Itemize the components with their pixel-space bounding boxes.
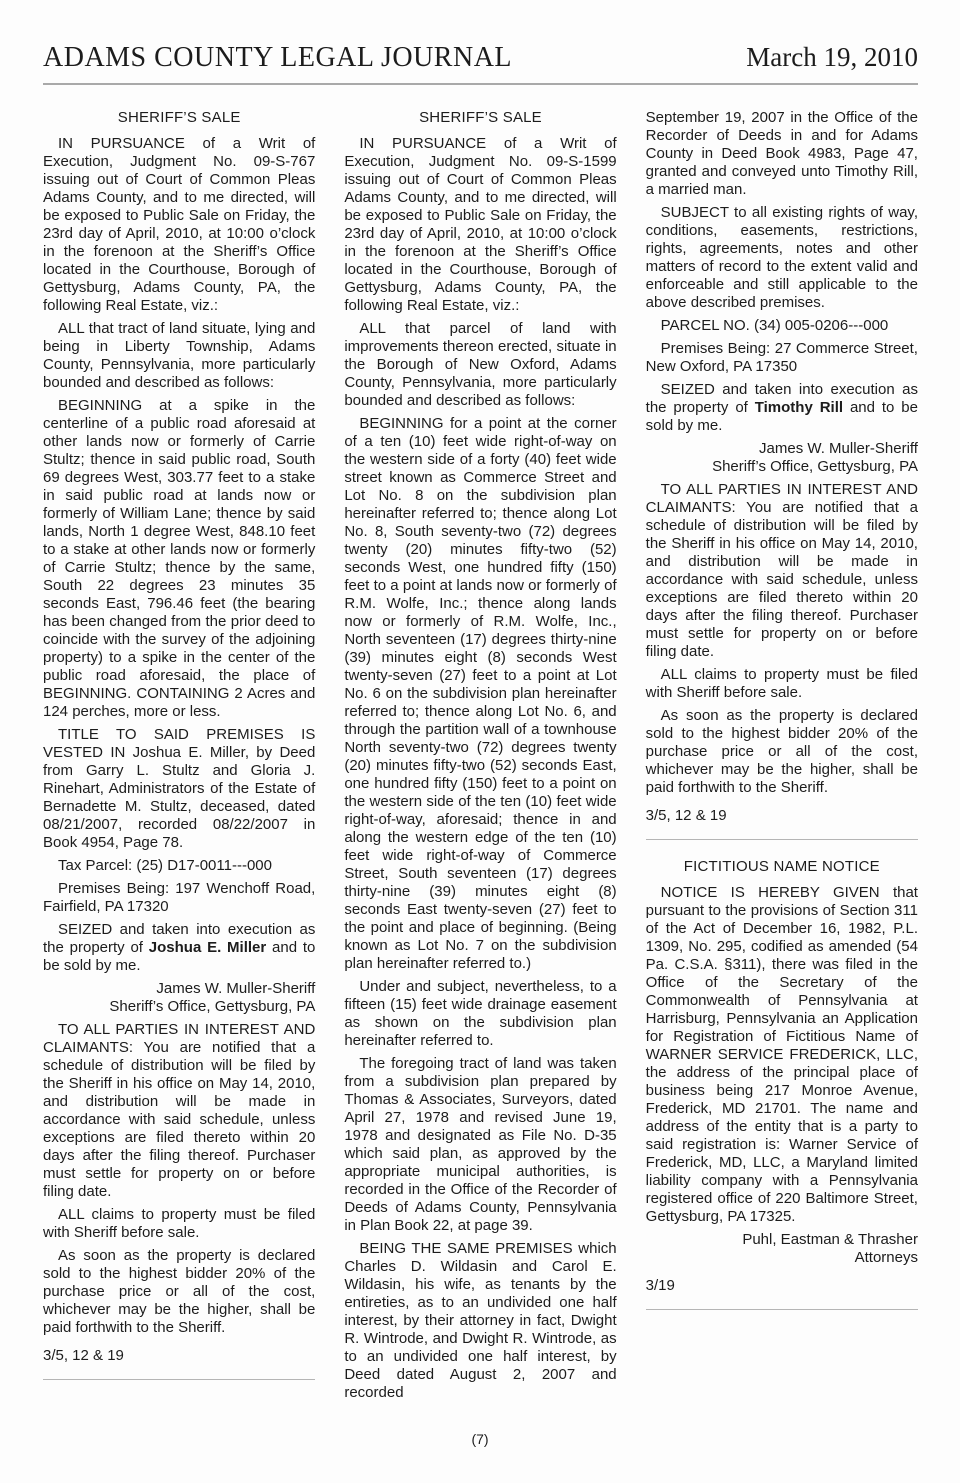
paragraph: TO ALL PARTIES IN INTEREST AND CLAIMANTS… bbox=[43, 1021, 315, 1201]
page-number: (7) bbox=[471, 1431, 488, 1447]
attorney-firm: Puhl, Eastman & Thrasher bbox=[646, 1231, 918, 1249]
sheriff-office: Sheriff’s Office, Gettysburg, PA bbox=[43, 998, 315, 1016]
paragraph: As soon as the property is declared sold… bbox=[43, 1247, 315, 1337]
column-1: SHERIFF’S SALE IN PURSUANCE of a Writ of… bbox=[43, 109, 315, 1407]
attorney-label: Attorneys bbox=[646, 1249, 918, 1267]
paragraph: SUBJECT to all existing rights of way, c… bbox=[646, 204, 918, 312]
page-footer: (7) bbox=[0, 1431, 960, 1447]
sheriffs-sale-heading-1: SHERIFF’S SALE bbox=[43, 109, 315, 127]
defendant-name: Timothy Rill bbox=[755, 399, 843, 416]
paragraph: BEGINNING for a point at the corner of a… bbox=[344, 415, 616, 973]
section-divider bbox=[646, 839, 918, 840]
section-divider bbox=[646, 1309, 918, 1310]
publication-date: 3/19 bbox=[646, 1277, 918, 1295]
seized-paragraph: SEIZED and taken into execution as the p… bbox=[646, 381, 918, 435]
content-columns: SHERIFF’S SALE IN PURSUANCE of a Writ of… bbox=[43, 109, 918, 1407]
header-divider bbox=[43, 83, 918, 85]
defendant-name: Joshua E. Miller bbox=[149, 939, 266, 956]
continuation-paragraph: September 19, 2007 in the Office of the … bbox=[646, 109, 918, 199]
column-2: SHERIFF’S SALE IN PURSUANCE of a Writ of… bbox=[344, 109, 616, 1407]
paragraph: NOTICE IS HEREBY GIVEN that pursuant to … bbox=[646, 884, 918, 1226]
tax-parcel: Tax Parcel: (25) D17-0011---000 bbox=[43, 857, 315, 875]
paragraph: Under and subject, nevertheless, to a fi… bbox=[344, 978, 616, 1050]
sheriff-signature: James W. Muller-Sheriff bbox=[646, 440, 918, 458]
paragraph: ALL that parcel of land with improvement… bbox=[344, 320, 616, 410]
paragraph: TO ALL PARTIES IN INTEREST AND CLAIMANTS… bbox=[646, 481, 918, 661]
legal-journal-page: ADAMS COUNTY LEGAL JOURNAL March 19, 201… bbox=[0, 0, 960, 1483]
paragraph: TITLE TO SAID PREMISES IS VESTED IN Josh… bbox=[43, 726, 315, 852]
masthead: ADAMS COUNTY LEGAL JOURNAL March 19, 201… bbox=[43, 42, 918, 74]
premises-being: Premises Being: 197 Wenchoff Road, Fairf… bbox=[43, 880, 315, 916]
paragraph: ALL claims to property must be filed wit… bbox=[43, 1206, 315, 1242]
journal-title: ADAMS COUNTY LEGAL JOURNAL bbox=[43, 42, 512, 74]
sheriff-signature: James W. Muller-Sheriff bbox=[43, 980, 315, 998]
sheriffs-sale-heading-2: SHERIFF’S SALE bbox=[344, 109, 616, 127]
column-3: September 19, 2007 in the Office of the … bbox=[646, 109, 918, 1407]
parcel-number: PARCEL NO. (34) 005-0206---000 bbox=[646, 317, 918, 335]
paragraph: ALL that tract of land situate, lying an… bbox=[43, 320, 315, 392]
paragraph: The foregoing tract of land was taken fr… bbox=[344, 1055, 616, 1235]
paragraph: IN PURSUANCE of a Writ of Execution, Jud… bbox=[43, 135, 315, 315]
section-divider bbox=[43, 1379, 315, 1380]
paragraph: As soon as the property is declared sold… bbox=[646, 707, 918, 797]
paragraph: BEING THE SAME PREMISES which Charles D.… bbox=[344, 1240, 616, 1402]
publication-dates: 3/5, 12 & 19 bbox=[646, 807, 918, 825]
publication-dates: 3/5, 12 & 19 bbox=[43, 1347, 315, 1365]
issue-date: March 19, 2010 bbox=[746, 42, 918, 73]
sheriff-office: Sheriff’s Office, Gettysburg, PA bbox=[646, 458, 918, 476]
premises-being: Premises Being: 27 Commerce Street, New … bbox=[646, 340, 918, 376]
paragraph: ALL claims to property must be filed wit… bbox=[646, 666, 918, 702]
seized-paragraph: SEIZED and taken into execution as the p… bbox=[43, 921, 315, 975]
paragraph: IN PURSUANCE of a Writ of Execution, Jud… bbox=[344, 135, 616, 315]
fictitious-name-notice-heading: FICTITIOUS NAME NOTICE bbox=[646, 858, 918, 876]
paragraph: BEGINNING at a spike in the centerline o… bbox=[43, 397, 315, 721]
